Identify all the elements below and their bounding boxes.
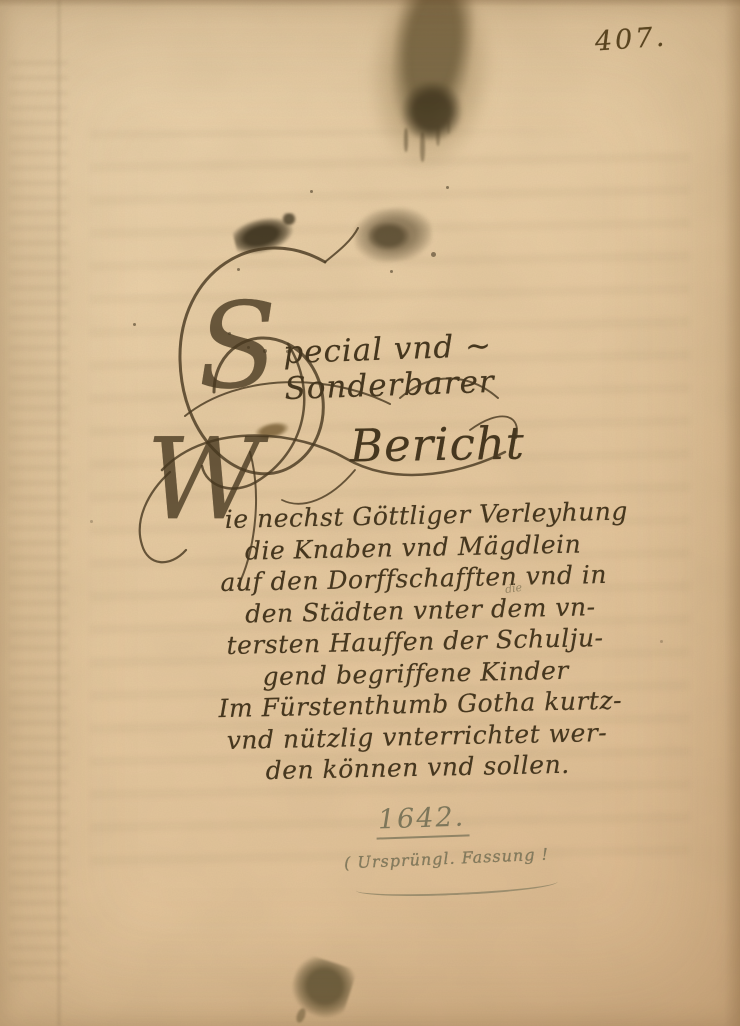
bottom-ink-blot-tail [295, 1007, 308, 1024]
paper-fold-line [57, 0, 61, 1026]
page-edge-shadow [724, 0, 740, 1026]
manuscript-body: ie nechst Göttliger Verleyhung die Knabe… [172, 495, 658, 788]
top-ink-stain [383, 0, 479, 142]
manuscript-page: 407. Special vnd ~ Sonderbarer Bericht W… [0, 0, 740, 1026]
manuscript-heading: Bericht [350, 416, 526, 472]
page-number: 407. [594, 22, 668, 58]
bottom-ink-blot [285, 952, 357, 1023]
date-annotation: 1642. [375, 801, 469, 839]
pencil-note-underline [356, 880, 558, 900]
page-edge-shadow [0, 0, 740, 7]
pencil-insertion: die [504, 581, 523, 596]
